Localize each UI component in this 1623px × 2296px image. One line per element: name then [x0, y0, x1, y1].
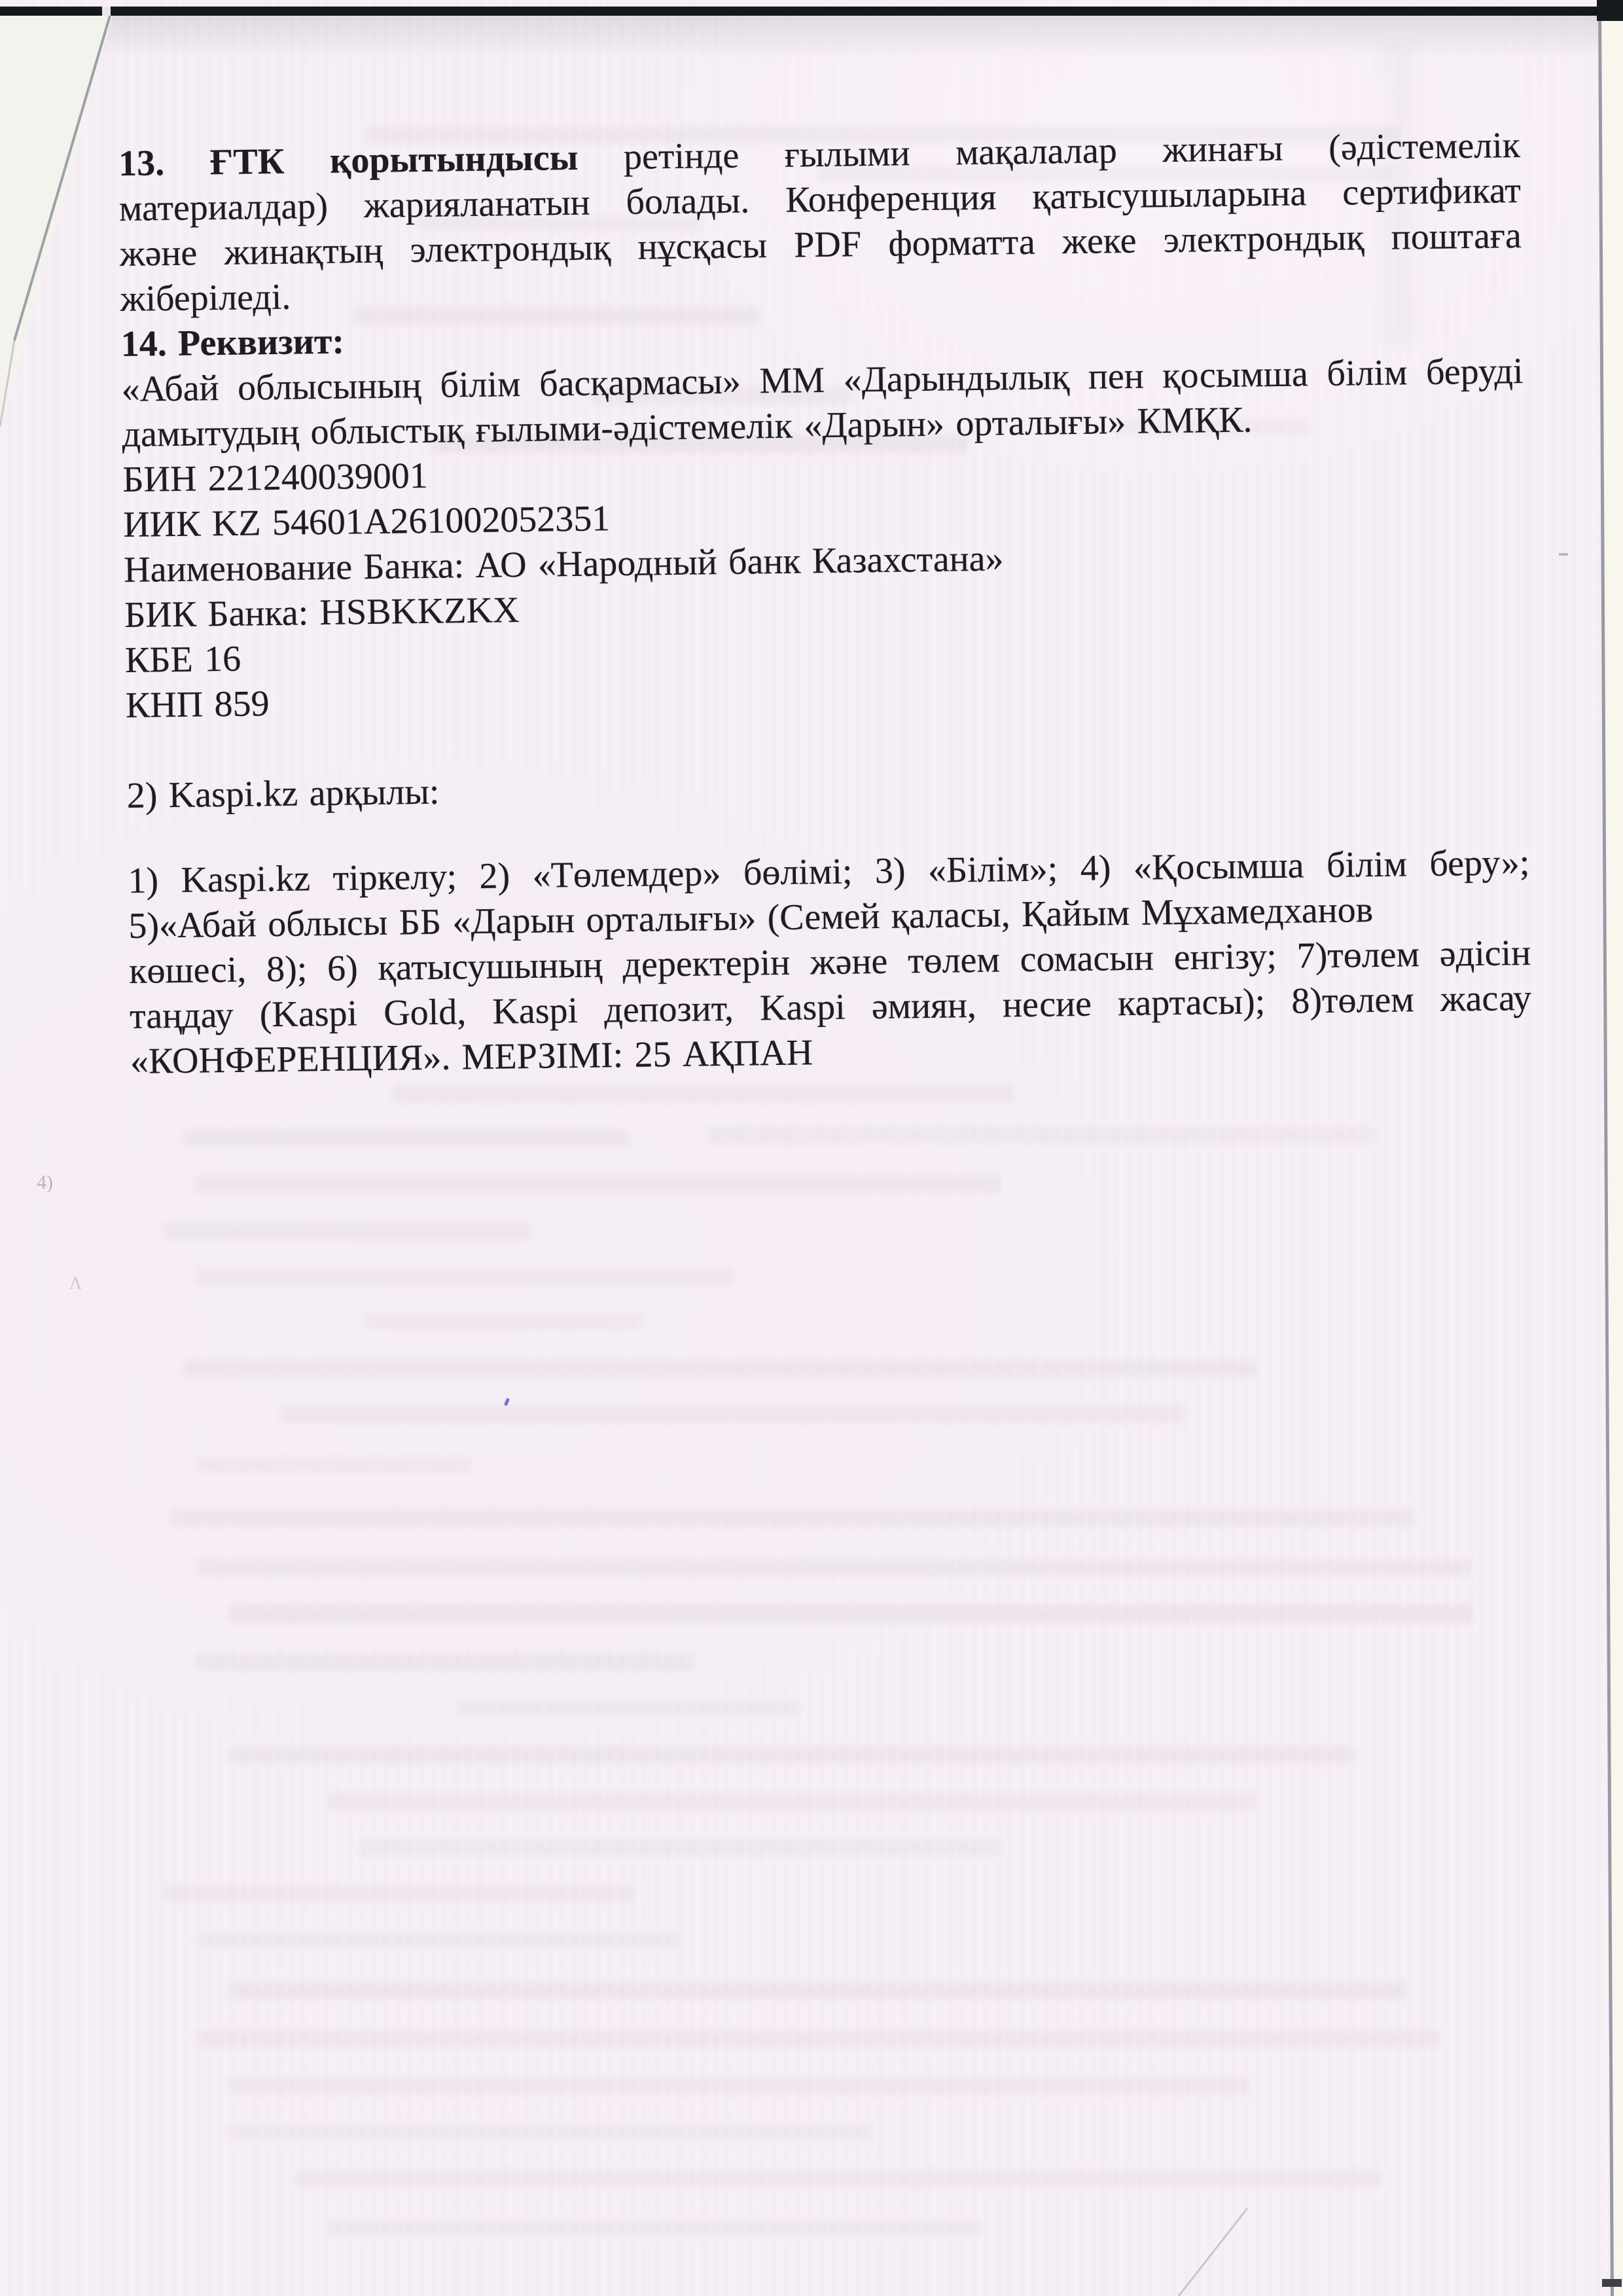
scan-top-band [0, 7, 1611, 16]
scan-bottom-right-tick [1602, 2279, 1622, 2287]
para13-number-heading: 13. ҒТК қорытындысы [118, 137, 579, 184]
kaspi-heading: 2) Kaspi.kz арқылы: [126, 755, 1529, 819]
scanned-page-canvas: 13. ҒТК қорытындысы ретінде ғылыми мақал… [0, 0, 1623, 2296]
margin-mark-upper: 4) [37, 1172, 53, 1194]
edge-dash-mark [1559, 553, 1568, 556]
margin-mark-lower: Λ [69, 1274, 82, 1293]
scan-top-right-corner [1597, 0, 1623, 21]
scan-top-band-notch [102, 7, 111, 16]
document-content: 13. ҒТК қорытындысы ретінде ғылыми мақал… [118, 123, 1533, 1085]
scan-top-shadow [0, 16, 1623, 59]
